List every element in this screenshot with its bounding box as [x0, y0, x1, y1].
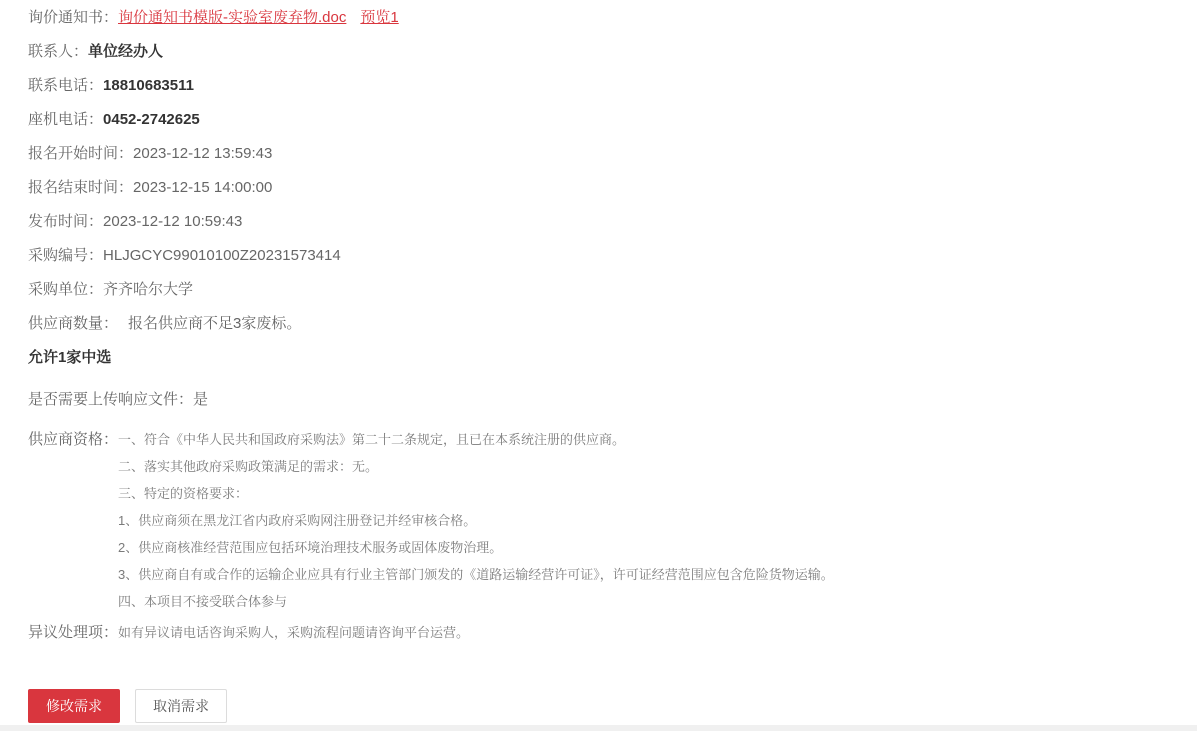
modify-requirement-button[interactable]: 修改需求 [28, 689, 120, 723]
upload-response-label: 是否需要上传响应文件： [28, 390, 193, 410]
qualification-line: 四、本项目不接受联合体参与 [118, 588, 1167, 615]
landline-phone-value: 0452-2742625 [103, 110, 200, 130]
supplier-quantity-label: 供应商数量： [28, 314, 118, 334]
field-row-notice: 询价通知书：询价通知书模版-实验室废弃物.doc预览1 [28, 8, 1167, 28]
qualification-line: 一、符合《中华人民共和国政府采购法》第二十二条规定，且已在本系统注册的供应商。 [118, 426, 1167, 453]
action-bar: 修改需求 取消需求 [28, 689, 1167, 723]
signup-end-label: 报名结束时间： [28, 178, 133, 198]
field-row-supplier-qualification: 供应商资格： 一、符合《中华人民共和国政府采购法》第二十二条规定，且已在本系统注… [28, 426, 1167, 615]
procurement-unit-value: 齐齐哈尔大学 [103, 280, 193, 300]
procurement-no-value: HLJGCYC99010100Z20231573414 [103, 246, 341, 266]
field-row-signup-start: 报名开始时间：2023-12-12 13:59:43 [28, 144, 1167, 164]
publish-time-label: 发布时间： [28, 212, 103, 232]
field-row-objection-handling: 异议处理项：如有异议请电话咨询采购人，采购流程问题请咨询平台运营。 [28, 623, 1167, 643]
notice-doc-link[interactable]: 询价通知书模版-实验室废弃物.doc [118, 8, 346, 28]
cancel-requirement-button[interactable]: 取消需求 [135, 689, 227, 723]
procurement-unit-label: 采购单位： [28, 280, 103, 300]
contact-phone-label: 联系电话： [28, 76, 103, 96]
field-row-signup-end: 报名结束时间：2023-12-15 14:00:00 [28, 178, 1167, 198]
bottom-strip [0, 725, 1197, 731]
upload-response-value: 是 [193, 390, 208, 410]
signup-start-label: 报名开始时间： [28, 144, 133, 164]
qualification-line: 1、供应商须在黑龙江省内政府采购网注册登记并经审核合格。 [118, 507, 1167, 534]
supplier-qualification-lines: 一、符合《中华人民共和国政府采购法》第二十二条规定，且已在本系统注册的供应商。 … [118, 426, 1167, 615]
procurement-no-label: 采购编号： [28, 246, 103, 266]
objection-handling-label: 异议处理项： [28, 623, 118, 643]
requirement-detail-page: 询价通知书：询价通知书模版-实验室废弃物.doc预览1 联系人：单位经办人 联系… [0, 0, 1197, 723]
notice-preview-link[interactable]: 预览1 [360, 8, 398, 28]
qualification-line: 2、供应商核准经营范围应包括环境治理技术服务或固体废物治理。 [118, 534, 1167, 561]
signup-start-value: 2023-12-12 13:59:43 [133, 144, 272, 164]
field-row-winner-rule: 允许1家中选 [28, 348, 1167, 368]
field-row-upload-response: 是否需要上传响应文件：是 [28, 390, 1167, 410]
field-row-contact-person: 联系人：单位经办人 [28, 42, 1167, 62]
field-row-contact-phone: 联系电话：18810683511 [28, 76, 1167, 96]
contact-person-value: 单位经办人 [88, 42, 163, 62]
field-row-procurement-unit: 采购单位：齐齐哈尔大学 [28, 280, 1167, 300]
publish-time-value: 2023-12-12 10:59:43 [103, 212, 242, 232]
qualification-line: 三、特定的资格要求： [118, 480, 1167, 507]
contact-person-label: 联系人： [28, 42, 88, 62]
contact-phone-value: 18810683511 [103, 76, 194, 96]
winner-rule-text: 允许1家中选 [28, 348, 111, 368]
field-row-landline-phone: 座机电话：0452-2742625 [28, 110, 1167, 130]
landline-phone-label: 座机电话： [28, 110, 103, 130]
field-row-procurement-no: 采购编号：HLJGCYC99010100Z20231573414 [28, 246, 1167, 266]
supplier-quantity-value: 报名供应商不足3家废标。 [128, 314, 301, 334]
objection-handling-value: 如有异议请电话咨询采购人，采购流程问题请咨询平台运营。 [118, 623, 469, 643]
qualification-line: 3、供应商自有或合作的运输企业应具有行业主管部门颁发的《道路运输经营许可证》，许… [118, 561, 1167, 588]
field-row-publish-time: 发布时间：2023-12-12 10:59:43 [28, 212, 1167, 232]
supplier-qualification-label: 供应商资格： [28, 426, 118, 453]
signup-end-value: 2023-12-15 14:00:00 [133, 178, 272, 198]
field-row-supplier-quantity: 供应商数量：报名供应商不足3家废标。 [28, 314, 1167, 334]
notice-label: 询价通知书： [28, 8, 118, 28]
qualification-line: 二、落实其他政府采购政策满足的需求：无。 [118, 453, 1167, 480]
